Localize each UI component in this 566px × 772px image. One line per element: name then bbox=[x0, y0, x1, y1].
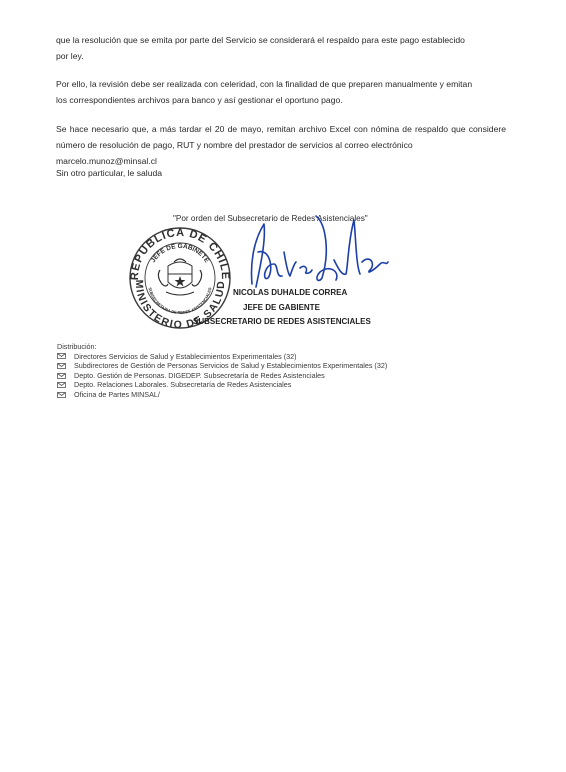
mail-icon bbox=[57, 382, 66, 388]
distribution-item: Directores Servicios de Salud y Establec… bbox=[57, 352, 387, 362]
distribution-label: Directores Servicios de Salud y Establec… bbox=[74, 352, 297, 362]
paragraph-review: Por ello, la revisión debe ser realizada… bbox=[56, 76, 506, 108]
paragraph-text: Se hace necesario que, a más tardar el 2… bbox=[56, 124, 506, 150]
distribution-label: Oficina de Partes MINSAL/ bbox=[74, 390, 160, 400]
signer-department: SUBSECRETARIO DE REDES ASISTENCIALES bbox=[193, 317, 371, 326]
mail-icon bbox=[57, 392, 66, 398]
distribution-title: Distribución: bbox=[57, 342, 387, 352]
paragraph-line: por ley. bbox=[56, 48, 506, 64]
distribution-item: Oficina de Partes MINSAL/ bbox=[57, 390, 387, 400]
distribution-label: Subdirectores de Gestión de Personas Ser… bbox=[74, 361, 387, 371]
distribution-label: Depto. Gestión de Personas. DIGEDEP. Sub… bbox=[74, 371, 325, 381]
signer-name: NICOLAS DUHALDE CORREA bbox=[233, 288, 347, 297]
paragraph-closing: Sin otro particular, le saluda bbox=[56, 165, 506, 181]
svg-text:REPUBLICA DE CHILE: REPUBLICA DE CHILE bbox=[129, 227, 231, 281]
paragraph-payment-backing: que la resolución que se emita por parte… bbox=[56, 32, 506, 64]
signature-block: "Por orden del Subsecretario de Redes As… bbox=[125, 210, 425, 330]
paragraph-excel-request: Se hace necesario que, a más tardar el 2… bbox=[56, 121, 506, 169]
distribution-item: Depto. Gestión de Personas. DIGEDEP. Sub… bbox=[57, 371, 387, 381]
svg-text:JEFE DE GABINETE: JEFE DE GABINETE bbox=[150, 243, 211, 265]
handwritten-signature-icon bbox=[230, 212, 390, 290]
official-seal-icon: REPUBLICA DE CHILE MINISTERIO DE SALUD J… bbox=[128, 226, 232, 330]
distribution-list: Distribución: Directores Servicios de Sa… bbox=[57, 342, 387, 400]
document-page: que la resolución que se emita por parte… bbox=[0, 0, 566, 772]
distribution-item: Subdirectores de Gestión de Personas Ser… bbox=[57, 361, 387, 371]
signer-role: JEFE DE GABIENTE bbox=[243, 303, 320, 312]
mail-icon bbox=[57, 353, 66, 359]
paragraph-line: que la resolución que se emita por parte… bbox=[56, 35, 465, 45]
paragraph-line: los correspondientes archivos para banco… bbox=[56, 92, 506, 108]
distribution-label: Depto. Relaciones Laborales. Subsecretar… bbox=[74, 380, 291, 390]
mail-icon bbox=[57, 363, 66, 369]
closing-text: Sin otro particular, le saluda bbox=[56, 168, 162, 178]
mail-icon bbox=[57, 373, 66, 379]
distribution-item: Depto. Relaciones Laborales. Subsecretar… bbox=[57, 380, 387, 390]
paragraph-line: Por ello, la revisión debe ser realizada… bbox=[56, 79, 472, 89]
